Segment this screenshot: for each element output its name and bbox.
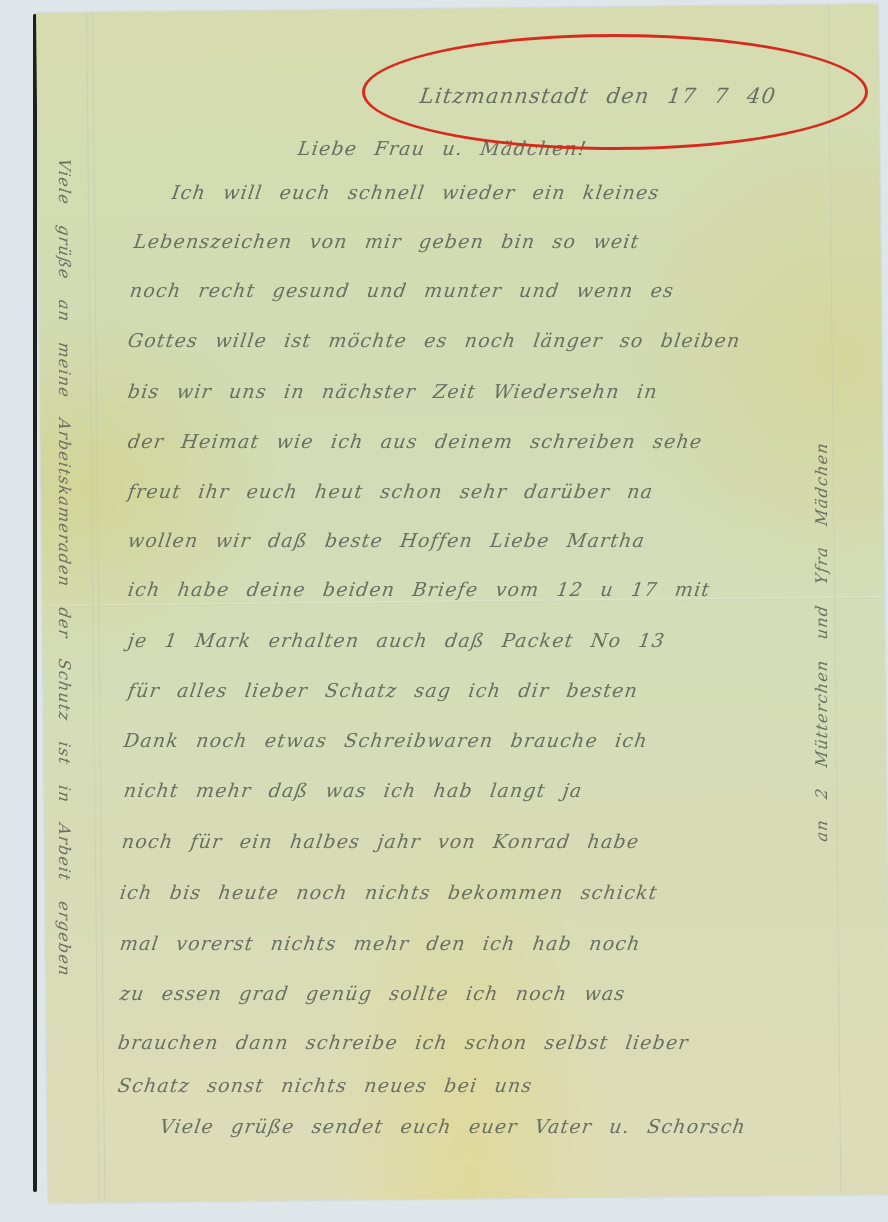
letter-line: je 1 Mark erhalten auch daß Packet No 13 [126, 630, 666, 652]
letter-line: Schatz sonst nichts neues bei uns [116, 1075, 534, 1097]
letter-line: nicht mehr daß was ich hab langt ja [122, 780, 584, 802]
letter-line: noch recht gesund und munter und wenn es [128, 280, 675, 302]
letter-line: ich bis heute noch nichts bekommen schic… [118, 882, 659, 904]
right-margin-note: an 2 Mütterchen und Yfra Mädchen [812, 441, 831, 843]
letter-line: Dank noch etwas Schreibwaren brauche ich [122, 730, 649, 752]
letter-line: bis wir uns in nächster Zeit Wiedersehn … [126, 381, 659, 403]
left-ruled-margin-2 [92, 12, 105, 1202]
letter-line: mal vorerst nichts mehr den ich hab noch [118, 933, 642, 955]
letter-line: der Heimat wie ich aus deinem schreiben … [126, 431, 704, 453]
letter-line: Gottes wille ist möchte es noch länger s… [126, 330, 742, 352]
paper-edge-shadow [33, 14, 37, 1192]
letter-line: freut ihr euch heut schon sehr darüber n… [126, 481, 654, 503]
red-highlight-oval [362, 34, 868, 150]
closing-line: Viele grüße sendet euch euer Vater u. Sc… [158, 1116, 747, 1138]
letter-line: noch für ein halbes jahr von Konrad habe [120, 831, 640, 853]
letter-line: brauchen dann schreibe ich schon selbst … [116, 1032, 690, 1054]
letter-line: ich habe deine beiden Briefe vom 12 u 17… [126, 579, 711, 601]
letter-line: Lebenszeichen von mir geben bin so weit [132, 231, 641, 253]
letter-line: für alles lieber Schatz sag ich dir best… [126, 680, 639, 702]
letter-line: wollen wir daß beste Hoffen Liebe Martha [126, 530, 646, 552]
left-margin-note: Viele grüße an meine Arbeitskameraden de… [55, 157, 74, 978]
letter-line: zu essen grad genüg sollte ich noch was [118, 983, 626, 1005]
letter-line: Ich will euch schnell wieder ein kleines [170, 182, 661, 204]
